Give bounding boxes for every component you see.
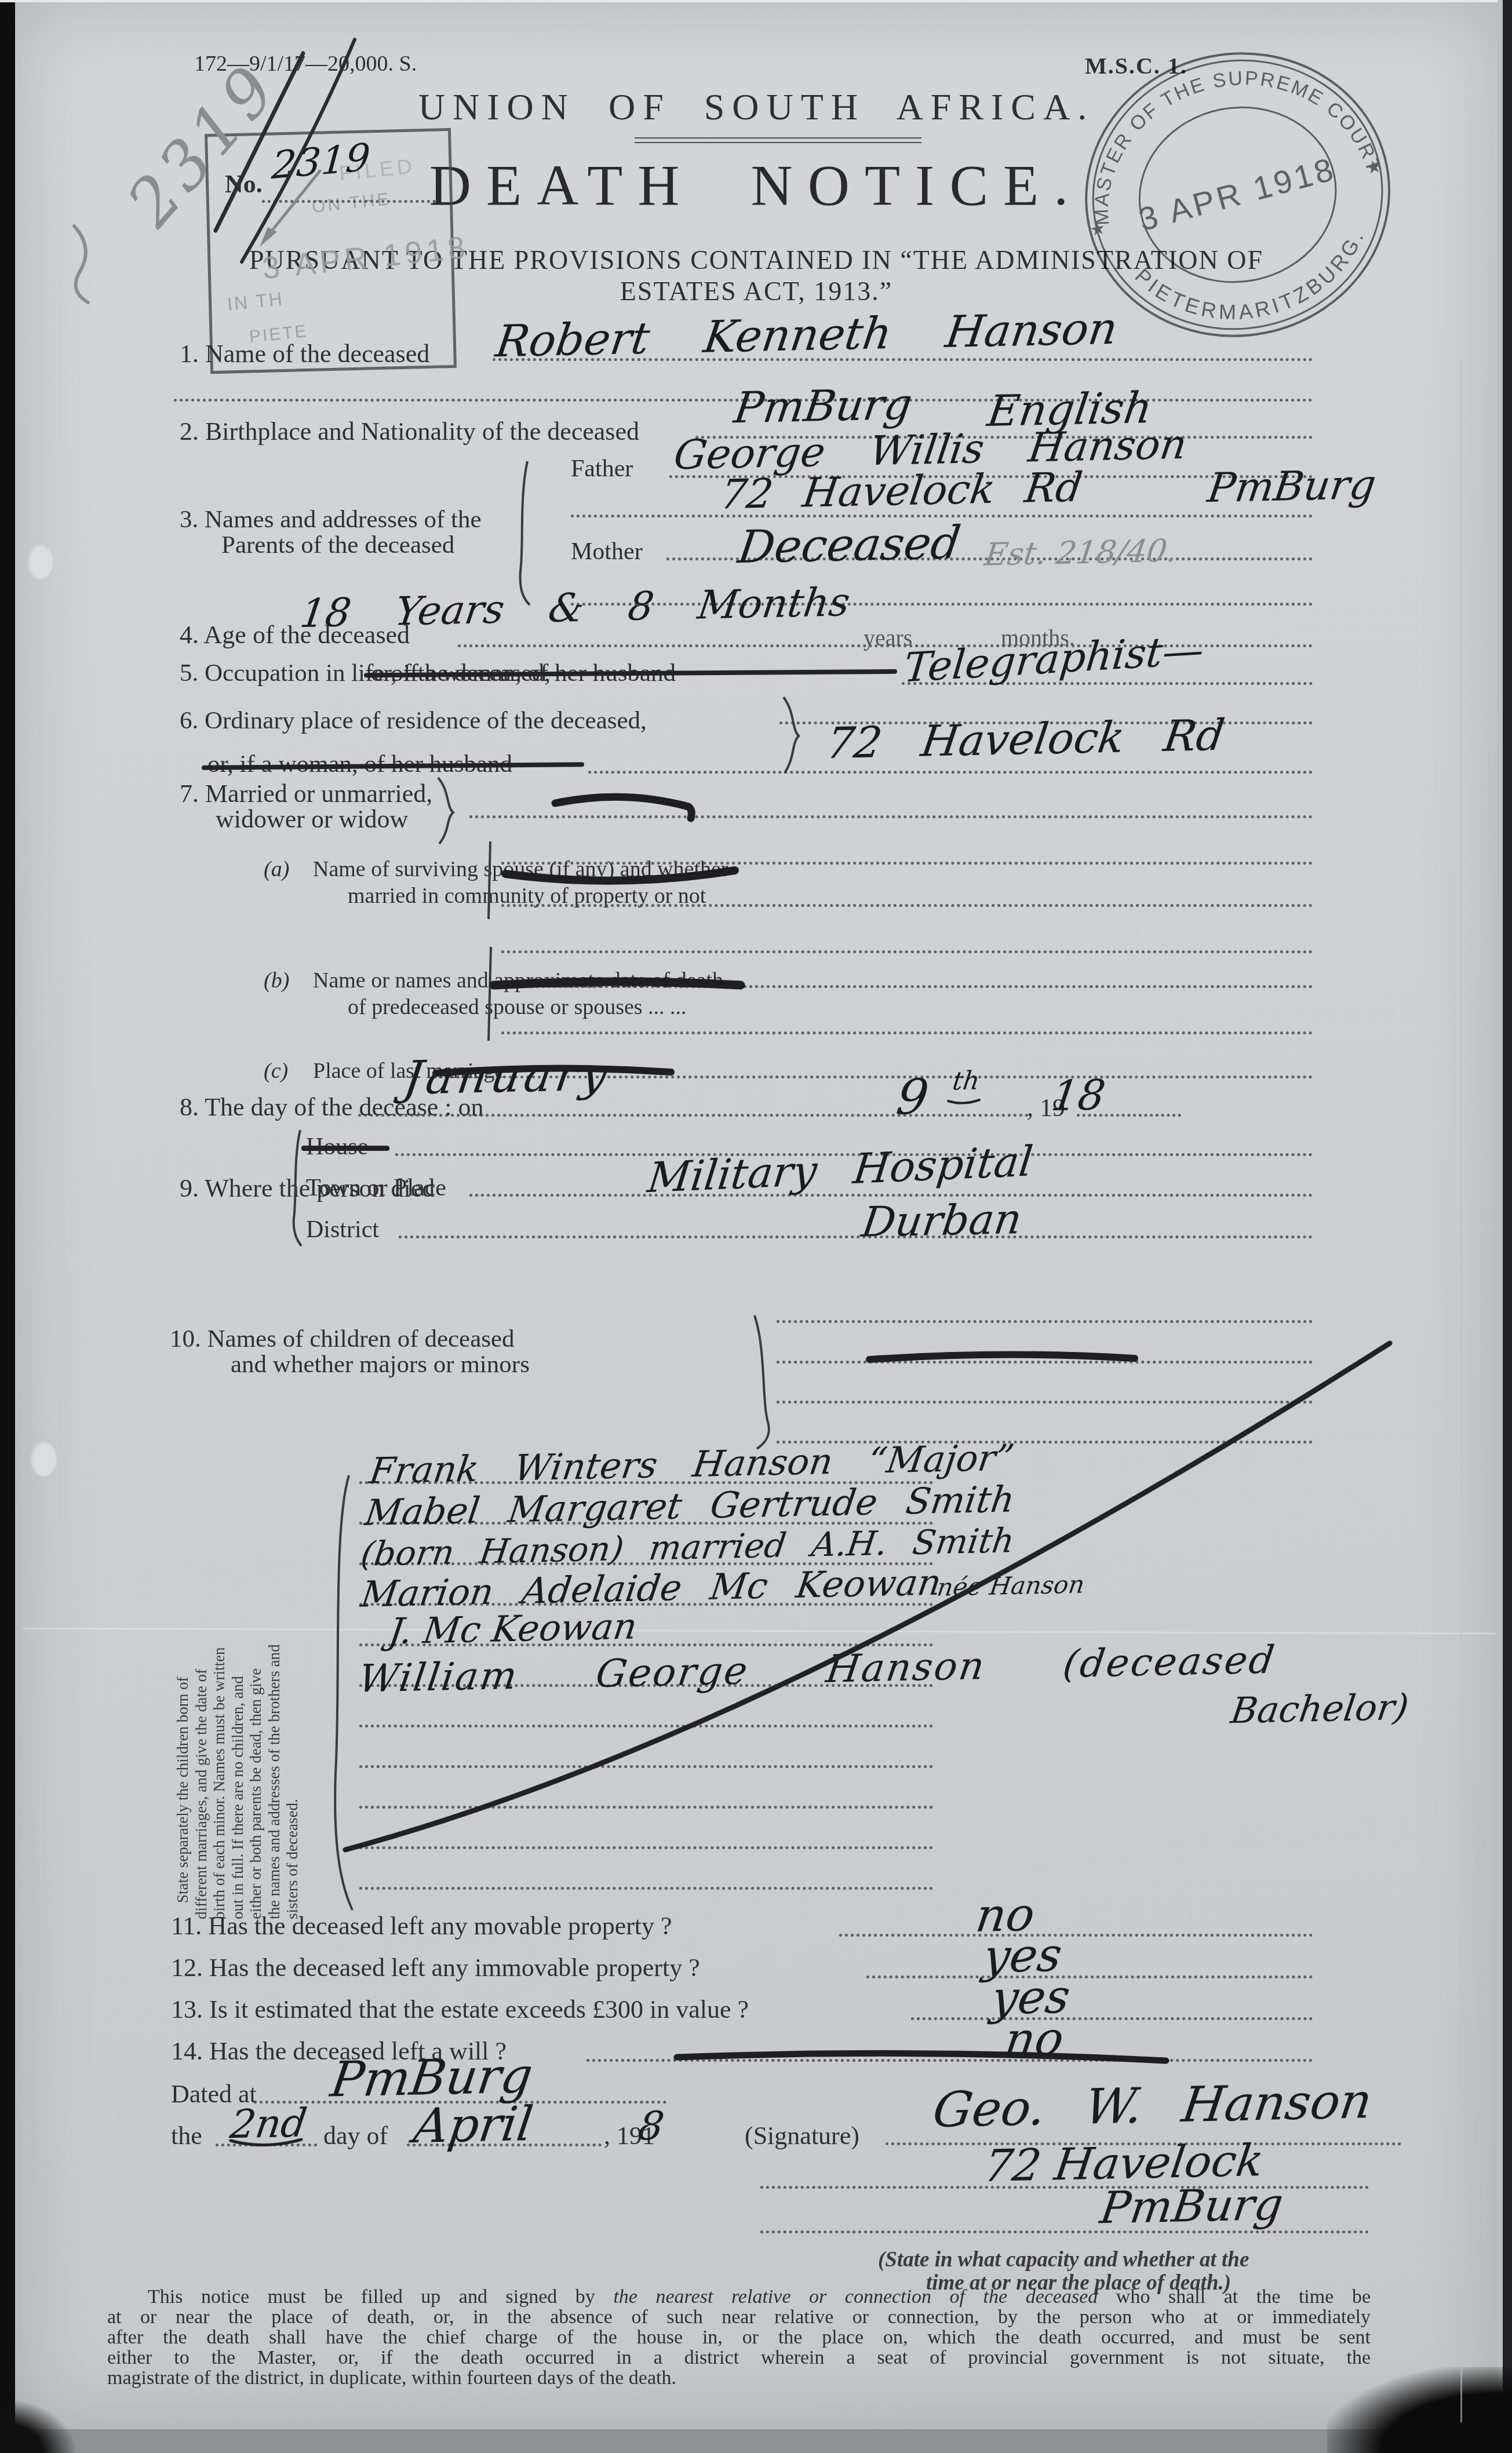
scan-edge-right-dark <box>1503 0 1512 2453</box>
footer-instructions: This notice must be filled up and signed… <box>107 2287 1371 2388</box>
father-address-town-value: PmBurg <box>1205 461 1379 512</box>
children-dotline-2 <box>777 1361 1313 1364</box>
paper-crease-vertical <box>1460 359 1462 2422</box>
children-dotline-3 <box>777 1401 1313 1404</box>
field-children-label-2: and whether majors or minors <box>231 1350 530 1379</box>
punch-hole-bottom <box>30 1441 57 1477</box>
margin-note-line: either or both parents be dead, then giv… <box>247 1472 265 1919</box>
child-line-7 <box>359 1725 933 1727</box>
scan-edge-right-light <box>1498 0 1503 2453</box>
margin-note-line: different marriages, and give the date o… <box>192 1472 211 1919</box>
punch-hole-top <box>27 544 53 579</box>
mother-label: Mother <box>571 538 643 566</box>
field-marital-label-2: widower or widow <box>216 804 408 834</box>
sub-b-line1: Name or names and approximate date of de… <box>313 968 723 993</box>
day-of-label: day of <box>323 2121 388 2151</box>
signature-value: Geo. W. Hanson <box>930 2072 1375 2138</box>
country-title: UNION OF SOUTH AFRICA. <box>371 86 1142 129</box>
sub-b-prefix: (b) <box>264 968 289 993</box>
number-line <box>262 200 436 203</box>
field-parents-label-1: 3. Names and addresses of the <box>180 505 482 534</box>
district-label: District <box>306 1216 379 1244</box>
children-dotline-1 <box>777 1320 1313 1323</box>
child-line-11 <box>359 1887 933 1890</box>
field-children-label-1: 10. Names of children of deceased <box>170 1325 515 1353</box>
margin-note-line: sisters of deceased. <box>283 1472 302 1919</box>
decease-year-written: 18 <box>1048 1070 1108 1120</box>
scan-edge-top <box>0 0 1512 2</box>
field-birthplace-label: 2. Birthplace and Nationality of the dec… <box>180 417 639 446</box>
district-value: Durban <box>859 1194 1025 1246</box>
sub-c-prefix: (c) <box>264 1058 288 1084</box>
father-address-value: 72 Havelock Rd <box>717 464 1085 519</box>
field-movable-label: 11. Has the deceased left any movable pr… <box>171 1911 672 1941</box>
scanned-death-notice: 172—9/1/17—20,000. S. M.S.C. 1. UNION OF… <box>0 0 1512 2453</box>
town-line <box>469 1194 1313 1197</box>
field-estate-label: 13. Is it estimated that the estate exce… <box>171 1995 749 2024</box>
margin-note-line: the names and addresses of the brothers … <box>265 1472 284 1919</box>
capacity-note-1: (State in what capacity and whether at t… <box>878 2247 1249 2272</box>
father-label: Father <box>571 455 633 483</box>
number-value: 2319 <box>270 135 371 188</box>
footer-line-3: after the death shall have the chief cha… <box>107 2327 1371 2348</box>
margin-note: State separately the children born of di… <box>174 1472 308 1919</box>
signature-label: (Signature) <box>745 2121 859 2151</box>
sub-a-dotline-1 <box>501 862 1313 865</box>
child-line-9 <box>359 1806 933 1809</box>
footer-line-5: magistrate of the district, in duplicate… <box>107 2368 1371 2388</box>
house-strike <box>301 1146 389 1151</box>
field-estate-line <box>911 2017 1313 2020</box>
decease-day-suffix: th <box>950 1066 981 1096</box>
field-birthplace-value: PmBurg <box>731 380 916 433</box>
footer-line-1-italic: the nearest relative or connection of th… <box>613 2286 1098 2308</box>
field-decease-line <box>358 1114 1029 1117</box>
sub-a-prefix: (a) <box>264 856 289 882</box>
footer-line-1: This notice must be filled up and signed… <box>107 2287 1371 2307</box>
sub-b-dotline-2 <box>501 1032 1313 1034</box>
field-immovable-line <box>866 1975 1313 1978</box>
age-years-label: years <box>864 624 912 651</box>
child-entry: J. Mc Keowan <box>386 1605 639 1653</box>
margin-note-line: birth of each minor. Names must be writt… <box>210 1472 229 1919</box>
field-name-label: 1. Name of the deceased <box>180 339 429 369</box>
field-marital-line <box>469 815 1313 818</box>
footer-line-1-post: who shall at the time be <box>1098 2286 1371 2308</box>
signature-address-line-2 <box>760 2230 1369 2233</box>
day-value: 2nd <box>227 2101 309 2148</box>
child-line-10 <box>359 1846 933 1849</box>
sub-a-dotline-3 <box>501 950 1313 953</box>
mother-value: Deceased <box>735 517 964 574</box>
field-immovable-label: 12. Has the deceased left any immovable … <box>171 1953 700 1982</box>
child-entry-note: née Hanson <box>935 1570 1086 1601</box>
month-value: April <box>410 2097 536 2154</box>
scan-blob-bottom-left <box>0 2399 75 2453</box>
footer-line-4: either to the Master, or, if the death o… <box>107 2348 1371 2368</box>
footer-line-2: at or near the place of death, or, in th… <box>107 2307 1371 2327</box>
stamp-date: 3 APR 1918 <box>1135 150 1339 238</box>
sub-b-dotline-1 <box>501 985 1313 988</box>
sub-a-dotline-2 <box>501 904 1313 907</box>
field-residence-value: 72 Havelock Rd <box>824 710 1227 768</box>
title-rule-2 <box>635 142 921 143</box>
field-residence-line-2 <box>588 771 1313 774</box>
title-rule-1 <box>635 137 921 138</box>
document-title: DEATH NOTICE. <box>359 152 1153 218</box>
number-label: No. <box>225 169 263 199</box>
field-will-value: no <box>1001 2011 1067 2066</box>
sub-b-line2: of predeceased spouse or spouses ... ... <box>348 994 687 1020</box>
footer-line-1-pre: This notice must be filled up and signed… <box>148 2286 613 2308</box>
margin-note-line: State separately the children born of <box>174 1472 192 1919</box>
field-movable-line <box>839 1934 1313 1937</box>
sub-a-line1: Name of surviving spouse (if any) and wh… <box>313 856 728 882</box>
scan-edge-left <box>0 0 15 2453</box>
field-residence-label: 6. Ordinary place of residence of the de… <box>180 706 647 735</box>
scan-band-bottom <box>15 2429 1503 2453</box>
decease-month-value: January <box>400 1047 615 1105</box>
district-line <box>399 1235 1313 1238</box>
child-line-8 <box>359 1765 933 1768</box>
field-will-line <box>586 2059 1313 2062</box>
mother-pencil-note: Est. 218/40. <box>982 533 1179 573</box>
the-label: the <box>171 2121 202 2151</box>
margin-note-line: out in full. If there are no children, a… <box>229 1472 247 1919</box>
town-label: Town or Place <box>306 1174 446 1202</box>
child-entry: Bachelor) <box>1229 1686 1412 1732</box>
field-parents-label-2: Parents of the deceased <box>221 531 454 559</box>
signature-address-2: PmBurg <box>1097 2178 1286 2234</box>
